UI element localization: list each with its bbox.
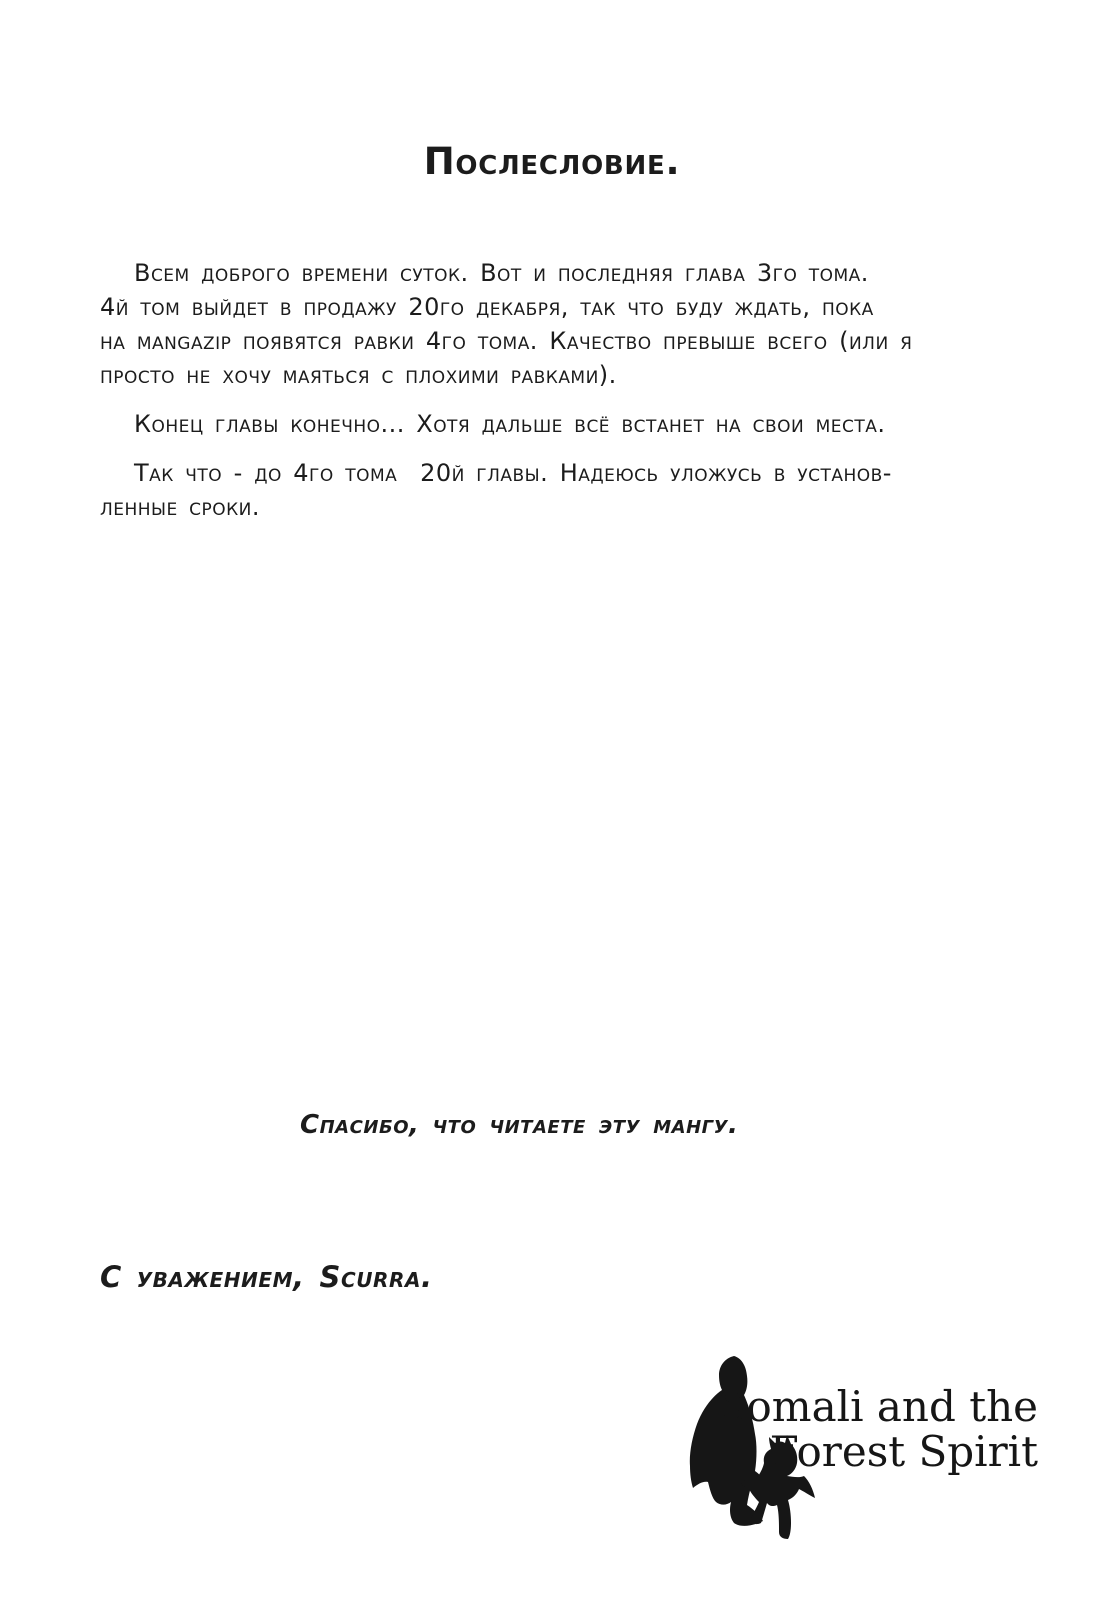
text-line: 4й том выйдет в продажу 20го декабря, та…: [100, 290, 990, 324]
text-line: Всем доброго времени суток. Вот и послед…: [100, 256, 990, 290]
text-line: ленные сроки.: [100, 490, 990, 524]
text-line: просто не хочу маяться с плохими равками…: [100, 358, 990, 392]
paragraph: Всем доброго времени суток. Вот и послед…: [100, 256, 990, 392]
page-title: Послесловие.: [0, 140, 1104, 183]
logo-title-line1: Somali and the: [718, 1384, 1038, 1429]
manga-afterword-page: Послесловие. Всем доброго времени суток.…: [0, 0, 1104, 1600]
paragraph: Конец главы конечно... Хотя дальше всё в…: [100, 407, 990, 441]
signoff: С уважением, Scurra.: [100, 1260, 433, 1294]
thanks-note: Спасибо, что читаете эту мангу.: [300, 1110, 738, 1140]
afterword-body: Всем доброго времени суток. Вот и послед…: [100, 256, 990, 539]
text-line: Конец главы конечно... Хотя дальше всё в…: [100, 407, 990, 441]
paragraph: Так что - до 4го тома 20й главы. Надеюсь…: [100, 456, 990, 524]
text-line: Так что - до 4го тома 20й главы. Надеюсь…: [100, 456, 990, 490]
logo-title-line2: Forest Spirit: [718, 1429, 1038, 1474]
series-logo: Somali and the Forest Spirit: [718, 1384, 1038, 1474]
text-line: на mangazip появятся равки 4го тома. Кач…: [100, 324, 990, 358]
